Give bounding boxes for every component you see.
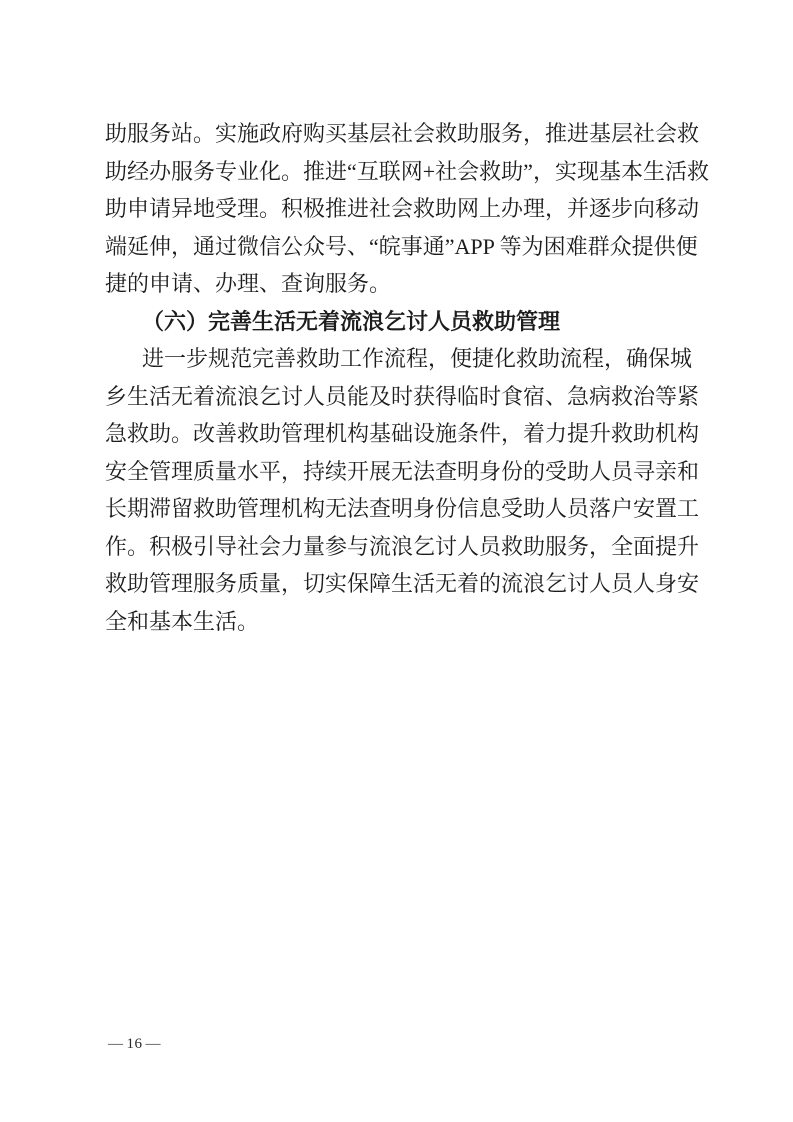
section-heading: （六）完善生活无着流浪乞讨人员救助管理 bbox=[105, 303, 690, 341]
page-number-footer: —16— bbox=[105, 1036, 164, 1053]
text-line: 捷的申请、办理、查询服务。 bbox=[105, 265, 690, 303]
text-line: 助经办服务专业化。推进“互联网+社会救助”，实现基本生活救 bbox=[105, 153, 690, 191]
document-page: 助服务站。实施政府购买基层社会救助服务，推进基层社会救 助经办服务专业化。推进“… bbox=[0, 0, 793, 1122]
text-line: 全和基本生活。 bbox=[105, 603, 690, 641]
text-line: 端延伸，通过微信公众号、“皖事通”APP 等为困难群众提供便 bbox=[105, 228, 690, 266]
page-number: 16 bbox=[127, 1036, 143, 1052]
text-line: 长期滞留救助管理机构无法查明身份信息受助人员落户安置工 bbox=[105, 490, 690, 528]
text-line: 安全管理质量水平，持续开展无法查明身份的受助人员寻亲和 bbox=[105, 453, 690, 491]
footer-dash-left: — bbox=[108, 1036, 124, 1052]
text-line: 作。积极引导社会力量参与流浪乞讨人员救助服务，全面提升 bbox=[105, 528, 690, 566]
text-line: 急救助。改善救助管理机构基础设施条件，着力提升救助机构 bbox=[105, 415, 690, 453]
text-line: 助申请异地受理。积极推进社会救助网上办理，并逐步向移动 bbox=[105, 190, 690, 228]
text-line: 助服务站。实施政府购买基层社会救助服务，推进基层社会救 bbox=[105, 115, 690, 153]
text-line: 救助管理服务质量，切实保障生活无着的流浪乞讨人员人身安 bbox=[105, 565, 690, 603]
footer-dash-right: — bbox=[146, 1036, 162, 1052]
document-body: 助服务站。实施政府购买基层社会救助服务，推进基层社会救 助经办服务专业化。推进“… bbox=[105, 115, 690, 640]
paragraph-2: 进一步规范完善救助工作流程，便捷化救助流程，确保城 乡生活无着流浪乞讨人员能及时… bbox=[105, 340, 690, 640]
text-line: 进一步规范完善救助工作流程，便捷化救助流程，确保城 bbox=[105, 340, 690, 378]
text-line: 乡生活无着流浪乞讨人员能及时获得临时食宿、急病救治等紧 bbox=[105, 378, 690, 416]
paragraph-1: 助服务站。实施政府购买基层社会救助服务，推进基层社会救 助经办服务专业化。推进“… bbox=[105, 115, 690, 303]
